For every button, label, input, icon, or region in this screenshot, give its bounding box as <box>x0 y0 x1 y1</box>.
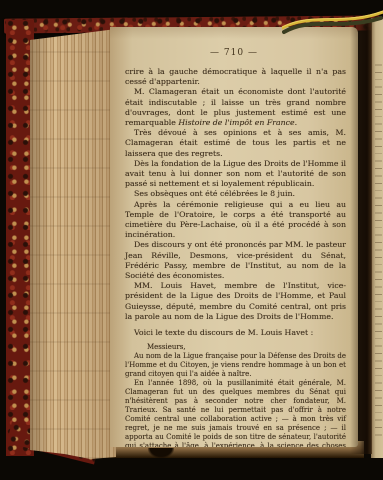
paragraph: En l'année 1898, où la pusillanimité éta… <box>125 379 346 447</box>
paragraph: Après la cérémonie religieuse qui a eu l… <box>125 200 346 241</box>
paragraph: Au nom de la Ligue française pour la Déf… <box>125 352 346 379</box>
speech-intro: Voici le texte du discours de M. Louis H… <box>125 328 346 338</box>
page-bottom-notch <box>148 448 174 458</box>
speech-block: Messieurs, Au nom de la Ligue française … <box>125 343 346 447</box>
page-fore-edges <box>30 24 116 460</box>
paragraph: M. Clamageran était un économiste dont l… <box>125 87 346 128</box>
paragraph: Dès la fondation de la Ligue des Droits … <box>125 159 346 190</box>
paragraph: crire à la gauche démocratique à laquell… <box>125 67 346 87</box>
page-number: — 710 — <box>110 48 358 58</box>
paragraph: Très dévoué à ses opinions et à ses amis… <box>125 128 346 159</box>
paragraph: Ses obsèques ont été célébrées le 8 juin… <box>125 189 346 199</box>
page-text: crire à la gauche démocratique à laquell… <box>125 67 346 447</box>
gutter-shadow <box>350 22 372 454</box>
speech-salutation: Messieurs, <box>125 343 346 352</box>
paragraph: Des discours y ont été prononcés par MM.… <box>125 240 346 281</box>
facing-page-sliver <box>371 18 383 458</box>
book-page: — 710 — crire à la gauche démocratique à… <box>110 27 358 447</box>
facing-page-text-hint <box>375 58 382 438</box>
paragraph-text: . <box>295 118 297 127</box>
book-cover-left-edge <box>6 20 34 456</box>
ribbon-bookmark-icon <box>282 1 383 39</box>
book-title-italic: Histoire de l'impôt en France <box>178 118 294 127</box>
book-photograph: — 710 — crire à la gauche démocratique à… <box>0 0 383 480</box>
paragraph: MM. Louis Havet, membre de l'Institut, v… <box>125 281 346 322</box>
